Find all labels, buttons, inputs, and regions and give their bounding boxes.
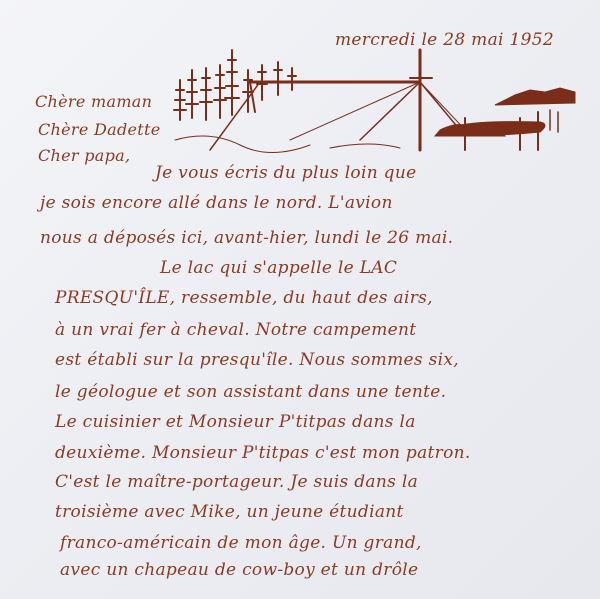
letter-line: deuxième. Monsieur P'titpas c'est mon pa… xyxy=(55,443,471,463)
camp-sketch-illustration xyxy=(170,40,590,160)
salutation-mother: Chère maman xyxy=(35,92,152,111)
letter-line: Le lac qui s'appelle le LAC xyxy=(160,258,397,278)
spruce-trees-icon xyxy=(174,50,296,120)
letter-line: le géologue et son assistant dans une te… xyxy=(55,382,446,402)
letter-line: à un vrai fer à cheval. Notre campement xyxy=(55,320,416,340)
letter-line: troisième avec Mike, un jeune étudiant xyxy=(55,502,404,522)
salutation-father: Cher papa, xyxy=(38,146,130,165)
letter-line: nous a déposés ici, avant-hier, lundi le… xyxy=(40,228,453,248)
salutation-dadette: Chère Dadette xyxy=(38,120,161,139)
letter-line: je sois encore allé dans le nord. L'avio… xyxy=(40,193,393,213)
letter-line: C'est le maître-portageur. Je suis dans … xyxy=(55,472,418,492)
letter-line: Je vous écris du plus loin que xyxy=(155,163,416,183)
letter-page: mercredi le 28 mai 1952 xyxy=(0,0,600,599)
letter-line: franco-américain de mon âge. Un grand, xyxy=(60,533,422,553)
letter-line: est établi sur la presqu'île. Nous somme… xyxy=(55,350,459,370)
letter-line: Le cuisinier et Monsieur P'titpas dans l… xyxy=(55,412,416,432)
letter-line: avec un chapeau de cow-boy et un drôle xyxy=(60,560,418,580)
letter-line: PRESQU'ÎLE, ressemble, du haut des airs, xyxy=(55,288,433,308)
